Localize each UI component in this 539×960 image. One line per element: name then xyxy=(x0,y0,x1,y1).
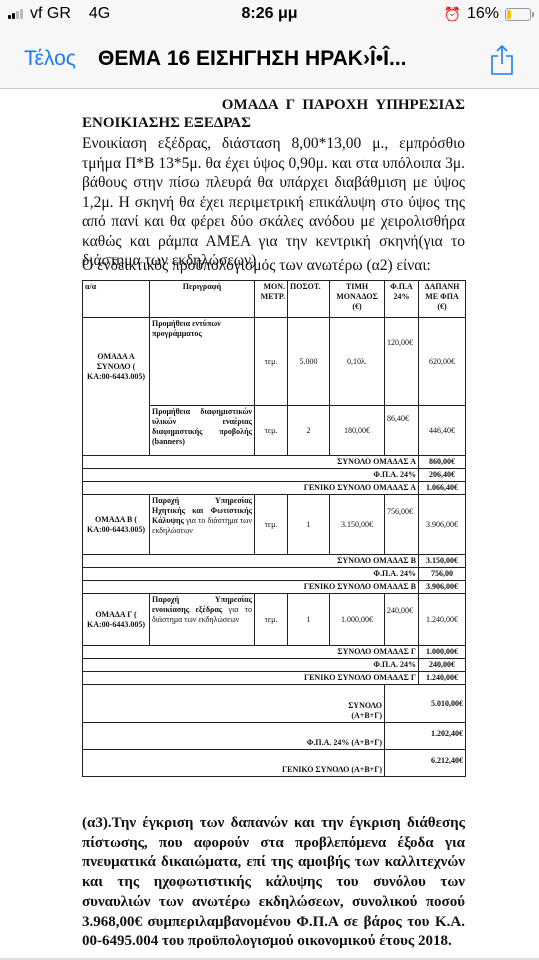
header-cell: ΤΙΜΗ ΜΟΝΑΔΟΣ (€) xyxy=(330,281,385,318)
subtotal-label: ΣΥΝΟΛΟ ΟΜΑΔΑΣ Α xyxy=(83,456,419,469)
vat-row: Φ.Π.Α. 24% 206,40€ xyxy=(83,469,466,482)
item-total: 446,40€ xyxy=(419,406,466,456)
grand-total-row: ΓΕΝΙΚΟ ΣΥΝΟΛΟ ΟΜΑΔΑΣ Γ 1.240,00€ xyxy=(83,672,466,685)
grand-total-label: ΓΕΝΙΚΟ ΣΥΝΟΛΟ ΟΜΑΔΑΣ Α xyxy=(83,482,419,495)
grand-total-label: ΓΕΝΙΚΟ ΣΥΝΟΛΟ ΟΜΑΔΑΣ Γ xyxy=(83,672,419,685)
table-row: ΟΜΑΔΑ Β ( ΚΑ:00-6443.005) Παροχή Υπηρεσί… xyxy=(83,495,466,555)
section-heading: ΟΜΑΔΑ Γ ΠΑΡΟΧΗ ΥΠΗΡΕΣΙΑΣ ΕΝΟΙΚΙΑΣΗΣ ΕΞΕΔ… xyxy=(82,96,465,132)
grand-total-value: 1.240,00€ xyxy=(419,672,466,685)
item-qty: 1 xyxy=(288,594,330,646)
overall-vat-label: Φ.Π.Α. 24% (Α+Β+Γ) xyxy=(83,723,385,750)
item-vat: 120,00€ xyxy=(385,318,419,406)
header-cell: α/α xyxy=(83,281,150,318)
item-vat: 86,40€ xyxy=(385,406,419,456)
budget-table: α/α Περιγραφή ΜΟΝ. ΜΕΤΡ. ΠΟΣΟΤ. ΤΙΜΗ ΜΟΝ… xyxy=(82,280,466,777)
header-cell: ΜΟΝ. ΜΕΤΡ. xyxy=(255,281,288,318)
overall-sum-value: 5.010,00€ xyxy=(385,685,466,723)
grand-total-row: ΓΕΝΙΚΟ ΣΥΝΟΛΟ ΟΜΑΔΑΣ Α 1.066,40€ xyxy=(83,482,466,495)
item-total: 620,00€ xyxy=(419,318,466,406)
item-total: 1.240,00€ xyxy=(419,594,466,646)
subtotal-row: ΣΥΝΟΛΟ ΟΜΑΔΑΣ Γ 1.000,00€ xyxy=(83,646,466,659)
table-header-row: α/α Περιγραφή ΜΟΝ. ΜΕΤΡ. ΠΟΣΟΤ. ΤΙΜΗ ΜΟΝ… xyxy=(83,281,466,318)
description-paragraph: Ενοικίαση εξέδρας, διάσταση 8,00*13,00 μ… xyxy=(82,134,465,271)
document-title: ΘΕΜΑ 16 ΕΙΣΗΓΗΣΗ ΗΡΑΚ›Î•Î... xyxy=(98,47,407,71)
group-c-label: ΟΜΑΔΑ Γ ( ΚΑ:00-6443.005) xyxy=(83,594,150,646)
group-b-label: ΟΜΑΔΑ Β ( ΚΑ:00-6443.005) xyxy=(83,495,150,555)
status-bar: vf GR 4G 8:26 μμ ⏰ 16% xyxy=(0,0,539,30)
battery-icon xyxy=(505,8,531,21)
item-description: Παροχή Υπηρεσίας Ηχητικής και Φωτιστικής… xyxy=(150,495,255,555)
overall-sum-label-line2: (Α+Β+Γ) xyxy=(85,711,382,721)
header-cell: Περιγραφή xyxy=(150,281,255,318)
item-unit-price: 0,10λ. xyxy=(330,318,385,406)
overall-sum-row: ΣΥΝΟΛΟ (Α+Β+Γ) 5.010,00€ xyxy=(83,685,466,723)
header-cell: ΔΑΠΑΝΗ ΜΕ ΦΠΑ (€) xyxy=(419,281,466,318)
alarm-clock-icon: ⏰ xyxy=(444,6,461,23)
header-cell: Φ.Π.Α 24% xyxy=(385,281,419,318)
item-total: 3.906,00€ xyxy=(419,495,466,555)
subtotal-value: 3.150,00€ xyxy=(419,555,466,568)
item-unit: τεμ. xyxy=(255,594,288,646)
vat-label: Φ.Π.Α. 24% xyxy=(83,568,419,581)
item-qty: 2 xyxy=(288,406,330,456)
grand-total-row: ΓΕΝΙΚΟ ΣΥΝΟΛΟ ΟΜΑΔΑΣ Β 3.906,00€ xyxy=(83,581,466,594)
heading-line-2: ΕΝΟΙΚΙΑΣΗΣ ΕΞΕΔΡΑΣ xyxy=(82,114,465,132)
vat-value: 756,00 xyxy=(419,568,466,581)
grand-total-value: 1.066,40€ xyxy=(419,482,466,495)
heading-line-1: ΟΜΑΔΑ Γ ΠΑΡΟΧΗ ΥΠΗΡΕΣΙΑΣ xyxy=(82,96,465,114)
item-vat: 240,00€ xyxy=(385,594,419,646)
item-description: Προμήθεια εντύπων προγράμματος xyxy=(150,318,255,406)
item-description: Προμήθεια διαφημιστικών υλικών εναέριας … xyxy=(150,406,255,456)
grand-total-value: 3.906,00€ xyxy=(419,581,466,594)
grand-total-label: ΓΕΝΙΚΟ ΣΥΝΟΛΟ ΟΜΑΔΑΣ Β xyxy=(83,581,419,594)
table-row: ΟΜΑΔΑ Γ ( ΚΑ:00-6443.005) Παροχή Υπηρεσί… xyxy=(83,594,466,646)
subtotal-row: ΣΥΝΟΛΟ ΟΜΑΔΑΣ Α 860,00€ xyxy=(83,456,466,469)
group-a-label: ΟΜΑΔΑ Α ΣΥΝΟΛΟ ( ΚΑ:00-6443.005) xyxy=(83,318,150,456)
budget-intro: Ο ενδεικτικός προϋπολογισμός των ανωτέρω… xyxy=(82,257,482,275)
navigation-bar: Τέλος ΘΕΜΑ 16 ΕΙΣΗΓΗΣΗ ΗΡΑΚ›Î•Î... xyxy=(0,30,539,89)
document-page[interactable]: ΟΜΑΔΑ Γ ΠΑΡΟΧΗ ΥΠΗΡΕΣΙΑΣ ΕΝΟΙΚΙΑΣΗΣ ΕΞΕΔ… xyxy=(0,89,539,960)
overall-sum-label: ΣΥΝΟΛΟ (Α+Β+Γ) xyxy=(83,685,385,723)
subtotal-row: ΣΥΝΟΛΟ ΟΜΑΔΑΣ Β 3.150,00€ xyxy=(83,555,466,568)
overall-grand-label: ΓΕΝΙΚΟ ΣΥΝΟΛΟ (Α+Β+Γ) xyxy=(83,750,385,777)
subtotal-value: 860,00€ xyxy=(419,456,466,469)
vat-row: Φ.Π.Α. 24% 240,00€ xyxy=(83,659,466,672)
item-unit: τεμ. xyxy=(255,495,288,555)
item-unit-price: 1.000,00€ xyxy=(330,594,385,646)
vat-label: Φ.Π.Α. 24% xyxy=(83,659,419,672)
share-icon[interactable] xyxy=(489,44,515,76)
item-unit-price: 180,00€ xyxy=(330,406,385,456)
subtotal-value: 1.000,00€ xyxy=(419,646,466,659)
item-unit-price: 3.150,00€ xyxy=(330,495,385,555)
vat-row: Φ.Π.Α. 24% 756,00 xyxy=(83,568,466,581)
overall-grand-row: ΓΕΝΙΚΟ ΣΥΝΟΛΟ (Α+Β+Γ) 6.212,40€ xyxy=(83,750,466,777)
item-qty: 5.000 xyxy=(288,318,330,406)
vat-label: Φ.Π.Α. 24% xyxy=(83,469,419,482)
vat-value: 240,00€ xyxy=(419,659,466,672)
overall-vat-row: Φ.Π.Α. 24% (Α+Β+Γ) 1.202,40€ xyxy=(83,723,466,750)
overall-grand-value: 6.212,40€ xyxy=(385,750,466,777)
item-qty: 1 xyxy=(288,495,330,555)
item-description: Παροχή Υπηρεσίας ενοικίασης εξέδρας για … xyxy=(150,594,255,646)
overall-vat-value: 1.202,40€ xyxy=(385,723,466,750)
table-row: ΟΜΑΔΑ Α ΣΥΝΟΛΟ ( ΚΑ:00-6443.005) Προμήθε… xyxy=(83,318,466,406)
subtotal-label: ΣΥΝΟΛΟ ΟΜΑΔΑΣ Γ xyxy=(83,646,419,659)
vat-value: 206,40€ xyxy=(419,469,466,482)
item-unit: τεμ. xyxy=(255,406,288,456)
subtotal-label: ΣΥΝΟΛΟ ΟΜΑΔΑΣ Β xyxy=(83,555,419,568)
battery-percent: 16% xyxy=(467,5,499,23)
header-cell: ΠΟΣΟΤ. xyxy=(288,281,330,318)
overall-sum-label-line1: ΣΥΝΟΛΟ xyxy=(85,701,382,711)
done-button[interactable]: Τέλος xyxy=(24,47,76,71)
closing-paragraph: (α3).Την έγκριση των δαπανών και την έγκ… xyxy=(82,814,465,952)
item-vat: 756,00€ xyxy=(385,495,419,555)
item-unit: τεμ. xyxy=(255,318,288,406)
